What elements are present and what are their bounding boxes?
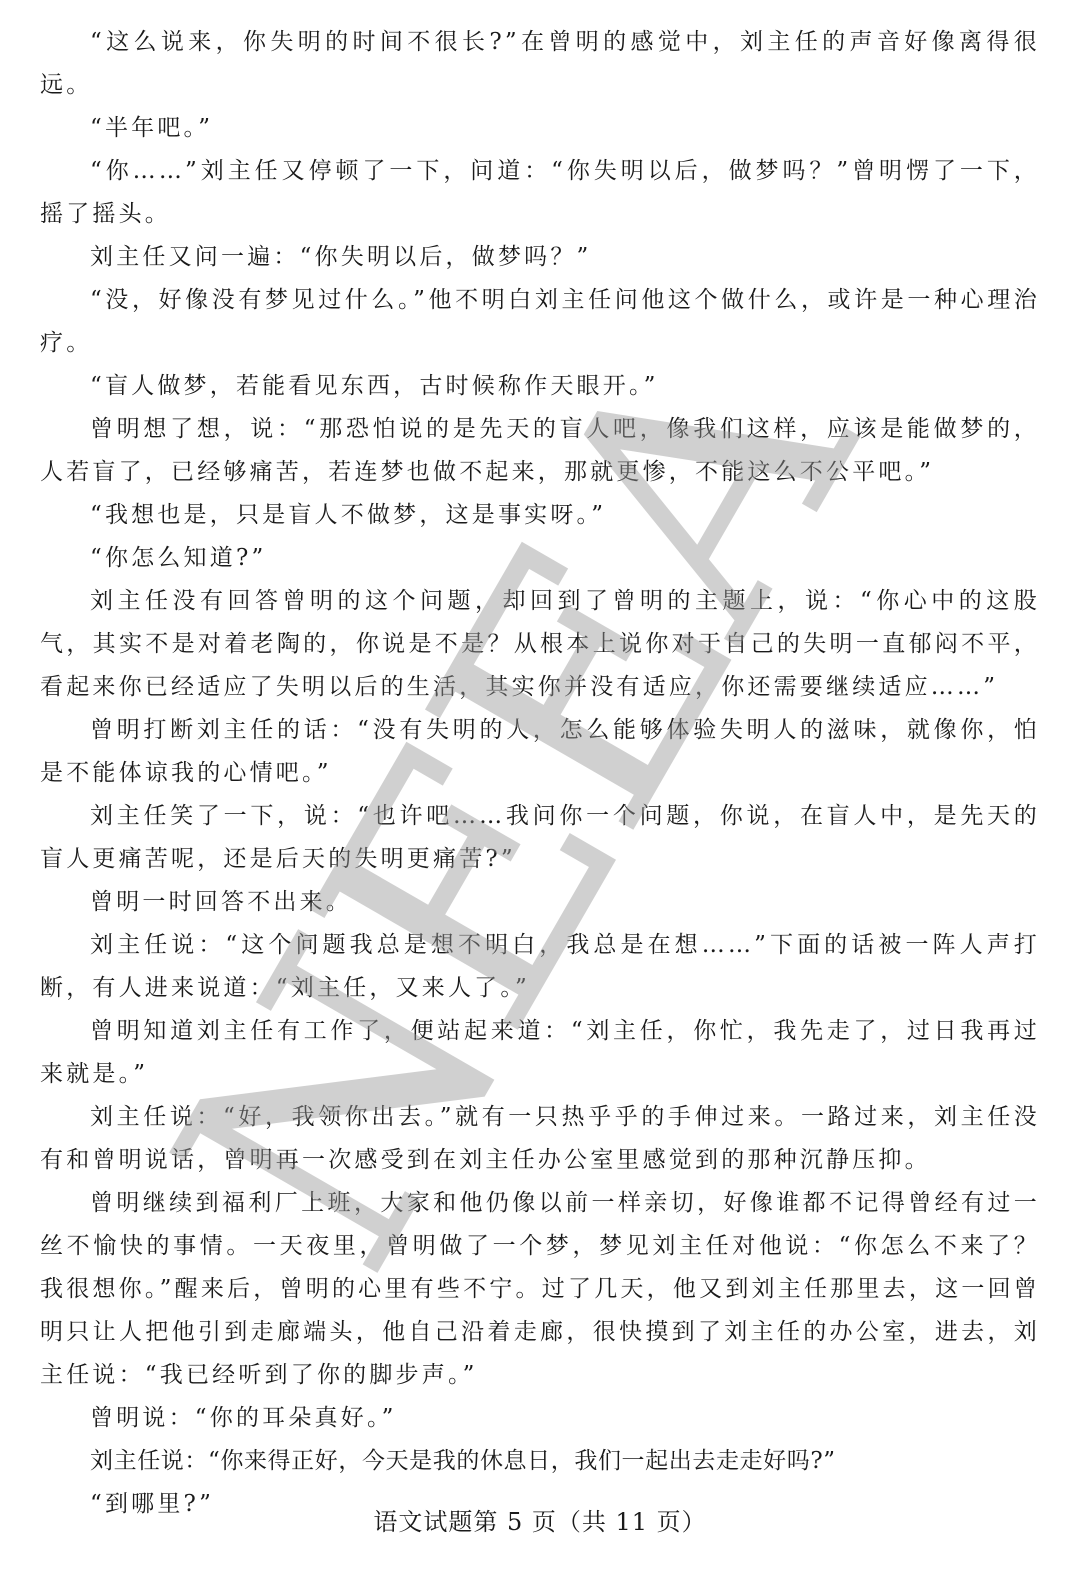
paragraph-8: “我想也是，只是盲人不做梦，这是事实呀。”	[40, 494, 1040, 537]
paragraph-4: 刘主任又问一遍：“你失明以后，做梦吗？”	[40, 236, 1040, 279]
paragraph-1: “这么说来，你失明的时间不很长?”在曾明的感觉中，刘主任的声音好像离得很远。	[40, 21, 1040, 107]
paragraph-14: 刘主任说：“这个问题我总是想不明白，我总是在想……”下面的话被一阵人声打断，有人…	[40, 924, 1040, 1010]
paragraph-7: 曾明想了想，说：“那恐怕说的是先天的盲人吧，像我们这样，应该是能做梦的，人若盲了…	[40, 408, 1040, 494]
paragraph-6: “盲人做梦，若能看见东西，古时候称作天眼开。”	[40, 365, 1040, 408]
paragraph-15: 曾明知道刘主任有工作了，便站起来道：“刘主任，你忙，我先走了，过日我再过来就是。…	[40, 1010, 1040, 1096]
paragraph-19: 刘主任说：“你来得正好，今天是我的休息日，我们一起出去走走好吗?”	[40, 1440, 1040, 1483]
paragraph-5: “没，好像没有梦见过什么。”他不明白刘主任问他这个做什么，或许是一种心理治疗。	[40, 279, 1040, 365]
paragraph-17: 曾明继续到福利厂上班，大家和他仍像以前一样亲切，好像谁都不记得曾经有过一丝不愉快…	[40, 1182, 1040, 1397]
paragraph-2: “半年吧。”	[40, 107, 1040, 150]
paragraph-12: 刘主任笑了一下，说：“也许吧……我问你一个问题，你说，在盲人中，是先天的盲人更痛…	[40, 795, 1040, 881]
paragraph-16: 刘主任说：“好，我领你出去。”就有一只热乎乎的手伸过来。一路过来，刘主任没有和曾…	[40, 1096, 1040, 1182]
passage-body: “这么说来，你失明的时间不很长?”在曾明的感觉中，刘主任的声音好像离得很远。 “…	[40, 10, 1040, 1526]
paragraph-18: 曾明说：“你的耳朵真好。”	[40, 1397, 1040, 1440]
paragraph-11: 曾明打断刘主任的话：“没有失明的人，怎么能够体验失明人的滋味，就像你，怕是不能体…	[40, 709, 1040, 795]
paragraph-3: “你……”刘主任又停顿了一下，问道：“你失明以后，做梦吗？”曾明愣了一下，摇了摇…	[40, 150, 1040, 236]
exam-page: “这么说来，你失明的时间不很长?”在曾明的感觉中，刘主任的声音好像离得很远。 “…	[0, 0, 1080, 1590]
paragraph-10: 刘主任没有回答曾明的这个问题，却回到了曾明的主题上，说：“你心中的这股气，其实不…	[40, 580, 1040, 709]
paragraph-9: “你怎么知道?”	[40, 537, 1040, 580]
page-footer: 语文试题第 5 页（共 11 页）	[0, 1502, 1080, 1537]
paragraph-13: 曾明一时回答不出来。	[40, 881, 1040, 924]
